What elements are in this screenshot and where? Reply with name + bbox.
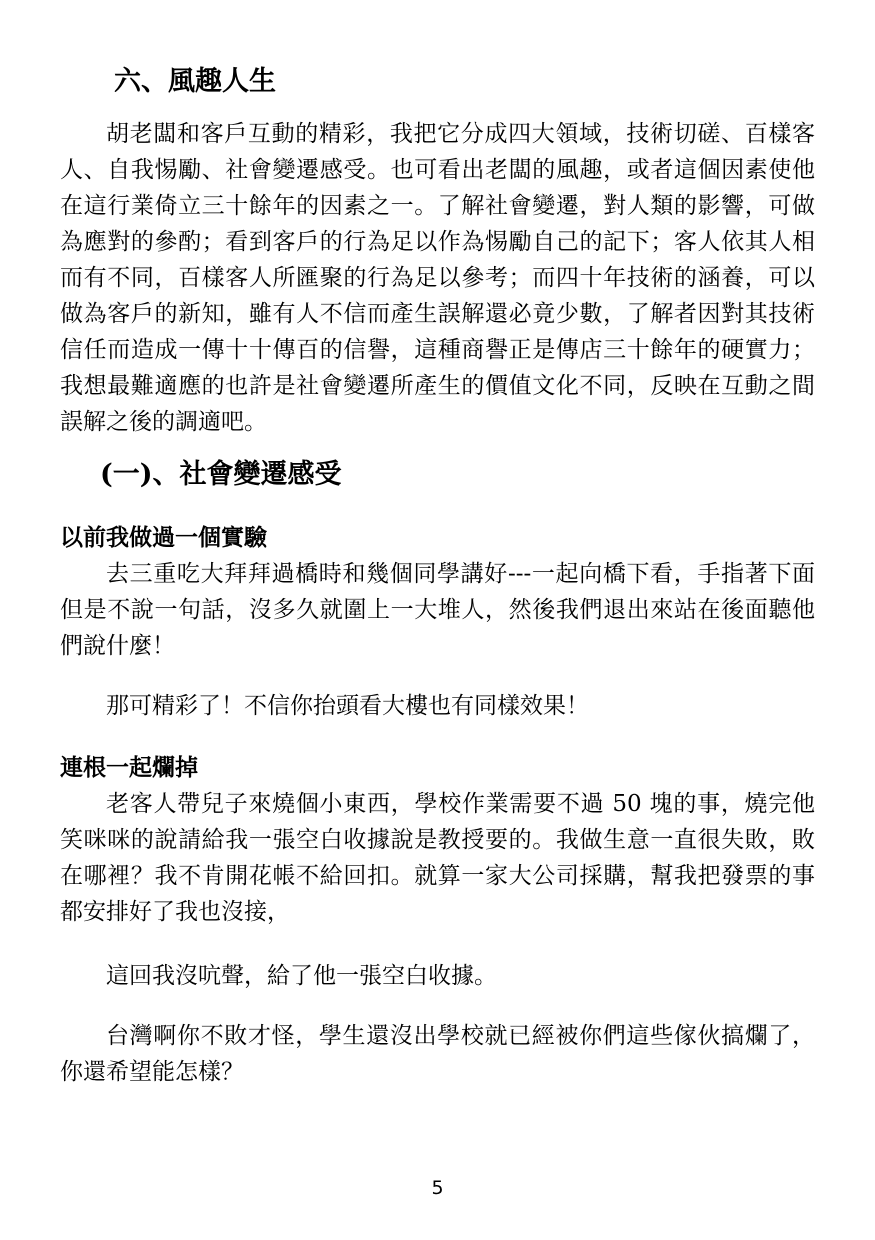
intro-paragraph: 胡老闆和客戶互動的精彩，我把它分成四大領域，技術切磋、百樣客人、自我惕勵、社會變…: [60, 116, 815, 440]
section-heading: (一)、社會變遷感受: [60, 456, 815, 494]
paragraph-receipt-story: 老客人帶兒子來燒個小東西，學校作業需要不過 50 塊的事，燒完他笑咪咪的說請給我…: [60, 786, 815, 930]
subsection-heading-experiment: 以前我做過一個實驗: [60, 522, 815, 554]
paragraph-receipt-response: 這回我沒吭聲，給了他一張空白收據。: [60, 958, 815, 994]
subsection-heading-rotten-roots: 連根一起爛掉: [60, 752, 815, 784]
paragraph-taiwan-lament: 台灣啊你不敗才怪，學生還沒出學校就已經被你們這些傢伙搞爛了，你還希望能怎樣？: [60, 1018, 815, 1090]
page-number: 5: [0, 1176, 875, 1200]
document-page: 六、風趣人生 胡老闆和客戶互動的精彩，我把它分成四大領域，技術切磋、百樣客人、自…: [0, 0, 875, 1240]
chapter-heading: 六、風趣人生: [60, 0, 815, 100]
paragraph-bridge-punchline: 那可精彩了！不信你抬頭看大樓也有同樣效果！: [60, 688, 815, 724]
paragraph-bridge-story: 去三重吃大拜拜過橋時和幾個同學講好---一起向橋下看，手指著下面但是不說一句話，…: [60, 556, 815, 664]
